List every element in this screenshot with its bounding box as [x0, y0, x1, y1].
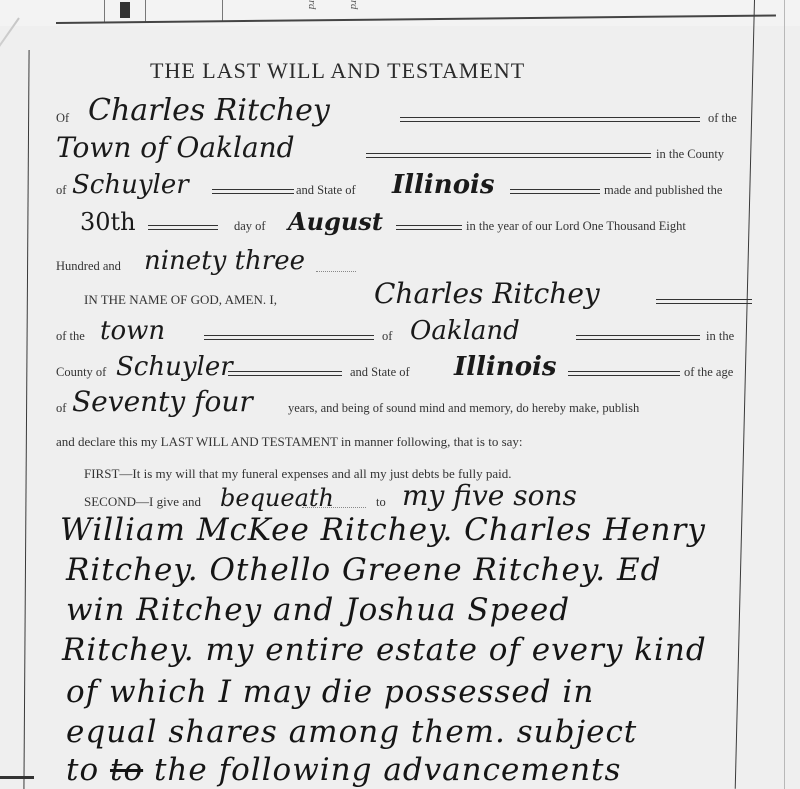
- printed-label: of the: [708, 111, 737, 126]
- fill-rule: [510, 189, 600, 194]
- handwritten-town-type: town: [100, 316, 165, 346]
- handwritten-town: Town of Oakland: [56, 131, 295, 164]
- handwritten-word: to: [66, 752, 99, 788]
- handwritten-state: Illinois: [454, 352, 557, 382]
- fill-rule: [212, 189, 294, 194]
- form-line-second-clause: SECOND—I give and bequeath to my five so…: [56, 484, 752, 514]
- scanned-will-document: rd rd THE LAST WILL AND TESTAMENT Of Cha…: [0, 0, 800, 789]
- handwritten-beneficiary: my five sons: [402, 479, 577, 512]
- printed-label: of the: [56, 329, 85, 344]
- scan-edge: [784, 0, 785, 789]
- form-line-county-state: of Schuyler and State of Illinois made a…: [56, 172, 752, 202]
- handwritten-line: Ritchey. Othello Greene Ritchey. Ed: [66, 552, 661, 588]
- strip-divider: [104, 0, 105, 22]
- handwritten-line: of which I may die possessed in: [66, 674, 594, 710]
- handwritten-name: Charles Ritchey: [88, 93, 330, 128]
- handwritten-line: to to the following advancements: [66, 752, 621, 788]
- handwritten-line: William McKee Ritchey. Charles Henry: [60, 512, 706, 548]
- bottom-margin-mark: [0, 776, 34, 779]
- handwritten-line: win Ritchey and Joshua Speed: [66, 592, 570, 628]
- fill-rule: [656, 299, 752, 304]
- form-line-age: of Seventy four years, and being of soun…: [56, 390, 752, 420]
- printed-label: in the year of our Lord One Thousand Eig…: [466, 219, 686, 234]
- fill-rule: [400, 117, 700, 122]
- printed-label: to: [376, 495, 386, 510]
- printed-label: in the County: [656, 147, 724, 162]
- printed-label: years, and being of sound mind and memor…: [288, 401, 639, 416]
- printed-label: of the age: [684, 365, 733, 380]
- form-line-testator: Of Charles Ritchey of the: [56, 100, 752, 130]
- handwritten-month: August: [288, 207, 383, 236]
- strip-divider: [145, 0, 146, 22]
- edge-fold-mark: [0, 17, 20, 100]
- printed-label: of: [56, 401, 66, 416]
- fill-rule: [204, 335, 374, 340]
- handwritten-county: Schuyler: [116, 352, 233, 382]
- printed-label: of: [56, 183, 66, 198]
- form-line-residence: of the town of Oakland in the: [56, 318, 752, 348]
- page-left-border: [23, 50, 29, 789]
- form-line-town: Town of Oakland in the County: [56, 136, 752, 166]
- printed-label: day of: [234, 219, 266, 234]
- fill-rule: [396, 225, 462, 230]
- fill-rule: [148, 225, 218, 230]
- handwritten-day: 30th: [80, 208, 136, 236]
- handwritten-name: Charles Ritchey: [374, 277, 600, 310]
- strip-k-mark: [120, 2, 130, 18]
- form-line-declaration: and declare this my LAST WILL AND TESTAM…: [56, 424, 752, 454]
- printed-label: SECOND—I give and: [84, 494, 201, 510]
- handwritten-state: Illinois: [392, 170, 495, 200]
- fill-rule: [576, 335, 700, 340]
- handwritten-age: Seventy four: [72, 385, 253, 418]
- strip-mark: rd: [348, 0, 360, 9]
- handwritten-county: Schuyler: [72, 170, 189, 200]
- handwritten-word: the following advancements: [154, 752, 621, 788]
- fill-rule: [568, 371, 680, 376]
- form-line-year: Hundred and ninety three: [56, 248, 752, 278]
- fill-dots: [302, 507, 366, 508]
- form-line-county-age: County of Schuyler and State of Illinois…: [56, 354, 752, 384]
- form-line-invocation: IN THE NAME OF GOD, AMEN. I, Charles Rit…: [56, 282, 752, 312]
- printed-label: Of: [56, 111, 69, 126]
- printed-label: in the: [706, 329, 734, 344]
- printed-invocation: IN THE NAME OF GOD, AMEN. I,: [84, 292, 277, 308]
- strip-divider: [222, 0, 223, 22]
- fill-rule: [366, 153, 651, 158]
- fill-dots: [316, 271, 356, 272]
- handwritten-year: ninety three: [144, 246, 305, 276]
- printed-label: made and published the: [604, 183, 722, 198]
- document-title: THE LAST WILL AND TESTAMENT: [150, 58, 525, 84]
- form-line-date: 30th day of August in the year of our Lo…: [56, 208, 752, 238]
- printed-label: County of: [56, 365, 106, 380]
- printed-label: and State of: [296, 183, 356, 198]
- struck-word: to: [110, 752, 143, 788]
- printed-label: and State of: [350, 365, 410, 380]
- handwritten-line: Ritchey. my entire estate of every kind: [62, 632, 707, 668]
- handwritten-line: equal shares among them. subject: [66, 714, 637, 750]
- printed-label: of: [382, 329, 392, 344]
- printed-label: Hundred and: [56, 259, 121, 274]
- printed-declaration: and declare this my LAST WILL AND TESTAM…: [56, 434, 523, 450]
- handwritten-town-name: Oakland: [410, 316, 520, 346]
- fill-rule: [228, 371, 342, 376]
- strip-mark: rd: [306, 0, 318, 9]
